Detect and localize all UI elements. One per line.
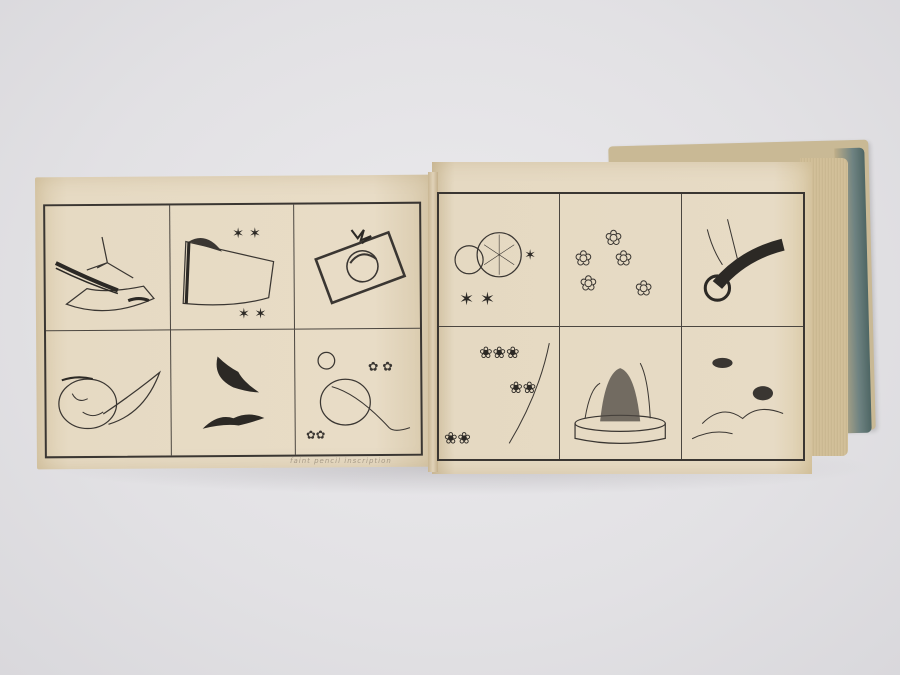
figure-shell-illustration (46, 330, 171, 456)
svg-text:❀❀: ❀❀ (444, 428, 471, 447)
svg-text:✶ ✶: ✶ ✶ (232, 226, 261, 242)
crabs-illustration (682, 327, 803, 460)
svg-text:❀❀: ❀❀ (509, 378, 536, 397)
svg-text:✿: ✿ (580, 271, 597, 295)
svg-text:✿: ✿ (636, 276, 653, 300)
panel-framed-rooster: Framed picture of rooster with pine bran… (294, 204, 420, 330)
mushrooms-illustration: ✶ ✶ ✶ (439, 194, 559, 326)
svg-text:✿: ✿ (575, 246, 592, 270)
right-page-panel-grid: Mushrooms with maple leaves ✶ ✶ ✶ Scatte… (437, 192, 805, 461)
svg-text:✶: ✶ (524, 248, 536, 264)
panel-crane-scissors: Paper crane, scissors and folded paper (45, 205, 171, 331)
svg-text:✶ ✶: ✶ ✶ (459, 289, 495, 310)
crane-scissors-illustration (45, 205, 170, 330)
fan-illustration: ✶ ✶ ✶ ✶ (170, 205, 295, 330)
rock-tray-illustration (560, 327, 680, 460)
panel-fan-leaves: Folding fan on paper with maple leaves ✶… (170, 205, 296, 331)
panel-flowering-vine: Flowering vine branches ❀❀❀ ❀❀ ❀❀ (439, 327, 560, 460)
panel-cartwheel-grasses: Cart wheel with autumn grasses (682, 194, 803, 327)
svg-text:✿✿: ✿✿ (306, 428, 325, 442)
panel-crabs-grasses: Crabs among grasses (682, 327, 803, 460)
panel-figure-shell: Fukusuke-like figure with shell (46, 330, 172, 456)
margin-inscription: faint pencil inscription (290, 457, 392, 465)
panel-plum-blossoms: Scattered plum blossoms and petals ✿ ✿ ✿… (560, 194, 681, 327)
panel-gourd-plum: Double gourd with cord and plum blossoms… (295, 329, 421, 455)
svg-text:✿: ✿ (615, 246, 632, 270)
cartwheel-illustration (682, 194, 803, 326)
framed-rooster-illustration (294, 204, 420, 329)
left-page-panel-grid: Paper crane, scissors and folded paper F… (43, 202, 423, 459)
panel-mushrooms-maple: Mushrooms with maple leaves ✶ ✶ ✶ (439, 194, 560, 327)
svg-text:✶ ✶: ✶ ✶ (237, 306, 266, 322)
bats-illustration (171, 330, 296, 456)
gourd-plum-illustration: ✿ ✿ ✿✿ (295, 329, 421, 455)
panel-bats: Two bats (171, 330, 297, 456)
svg-text:❀❀❀: ❀❀❀ (479, 343, 519, 362)
plum-blossoms-illustration: ✿ ✿ ✿ ✿ ✿ (560, 194, 680, 326)
vine-illustration: ❀❀❀ ❀❀ ❀❀ (439, 327, 559, 460)
panel-rock-tray: Rock in tray with grasses (bonseki) (560, 327, 681, 460)
svg-text:✿ ✿: ✿ ✿ (368, 359, 393, 374)
